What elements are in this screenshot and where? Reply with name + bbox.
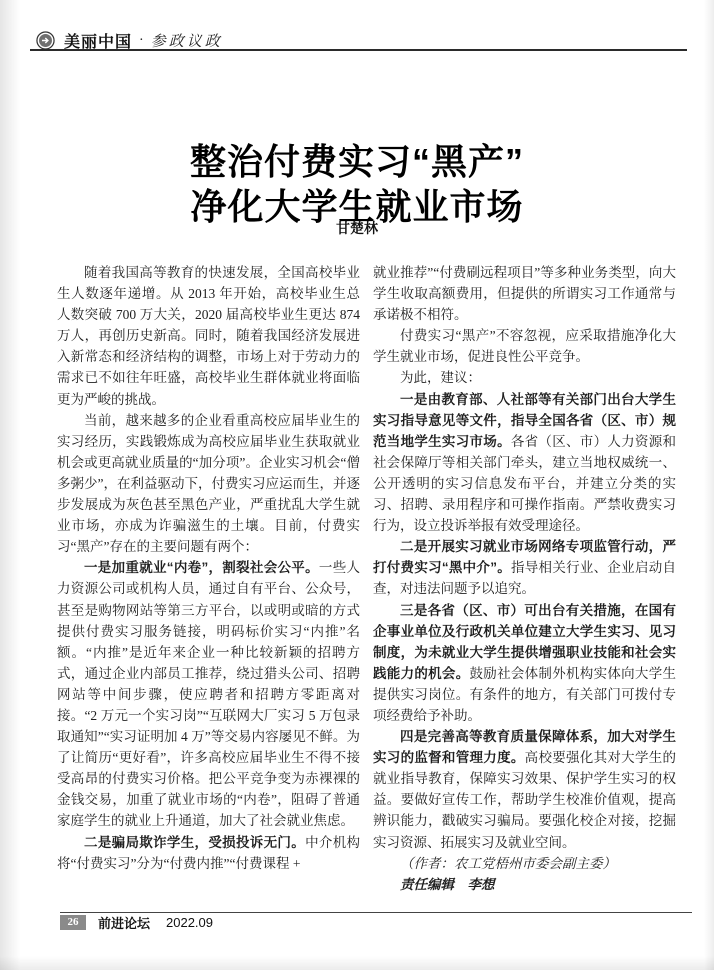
left-column: 随着我国高等教育的快速发展，全国高校毕业生人数逐年递增。从 2013 年开始，高… bbox=[57, 262, 360, 895]
paragraph: 一是由教育部、人社部等有关部门出台大学生实习指导意见等文件，指导全国各省（区、市… bbox=[373, 389, 676, 537]
paragraph: 一是加重就业“内卷”，割裂社会公平。一些人力资源公司或机构人员，通过自有平台、公… bbox=[57, 557, 360, 831]
paragraph: 三是各省（区、市）可出台有关措施，在国有企事业单位及行政机关单位建立大学生实习、… bbox=[373, 600, 676, 727]
right-column: 就业推荐”“付费刷远程项目”等多种业务类型，向大学生收取高额费用，但提供的所谓实… bbox=[373, 262, 676, 895]
title-line-1: 整治付费实习“黑产” bbox=[190, 141, 524, 182]
journal-name: 前进论坛 bbox=[98, 913, 150, 932]
editor-note: 责任编辑 李想 bbox=[373, 874, 676, 895]
paragraph: 二是开展实习就业市场网络专项监管行动，严打付费实习“黑中介”。指导相关行业、企业… bbox=[373, 536, 676, 599]
author-note: （作者：农工党梧州市委会副主委） bbox=[373, 853, 676, 874]
header-separator: · bbox=[139, 33, 144, 49]
paragraph: 当前，越来越多的企业看重高校应届毕业生的实习经历，实践锻炼成为高校应届毕业生获取… bbox=[57, 410, 360, 558]
article-body: 随着我国高等教育的快速发展，全国高校毕业生人数逐年递增。从 2013 年开始，高… bbox=[57, 262, 676, 895]
circle-arrow-icon bbox=[36, 31, 55, 50]
page-footer: 26 前进论坛 2022.09 bbox=[60, 913, 213, 932]
paragraph: 四是完善高等教育质量保障体系，加大对学生实习的监督和管理力度。高校要强化其对大学… bbox=[373, 726, 676, 853]
header-divider bbox=[30, 49, 687, 51]
scan-edge-bottom bbox=[0, 956, 714, 970]
paragraph: 就业推荐”“付费刷远程项目”等多种业务类型，向大学生收取高额费用，但提供的所谓实… bbox=[373, 262, 676, 325]
paragraph: 为此，建议： bbox=[373, 367, 676, 388]
issue-date: 2022.09 bbox=[166, 915, 213, 930]
paragraph: 二是骗局欺诈学生，受损投诉无门。中介机构将“付费实习”分为“付费内推”“付费课程… bbox=[57, 832, 360, 874]
article-author: 甘楚林 bbox=[0, 218, 714, 238]
paragraph: 随着我国高等教育的快速发展，全国高校毕业生人数逐年递增。从 2013 年开始，高… bbox=[57, 262, 360, 410]
page-number: 26 bbox=[60, 915, 86, 930]
section-name: 参政议政 bbox=[151, 30, 223, 51]
paragraph: 付费实习“黑产”不容忽视，应采取措施净化大学生就业市场，促进良性公平竞争。 bbox=[373, 325, 676, 367]
article-title: 整治付费实习“黑产” 净化大学生就业市场 bbox=[0, 139, 714, 229]
magazine-page: 美丽中国 · 参政议政 整治付费实习“黑产” 净化大学生就业市场 甘楚林 随着我… bbox=[0, 0, 714, 970]
